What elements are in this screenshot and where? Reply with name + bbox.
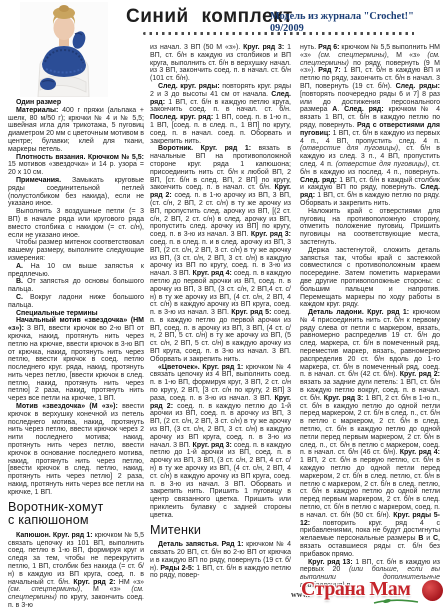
paragraph: из начал. 3 ВП (50 М «з»). Круг. ряд 3: … xyxy=(150,44,291,83)
paragraph: А. На 10 см выше запястья к предплечью. xyxy=(8,263,144,279)
paragraph: Начальный мотив «звездочка» (НМ «з»): 3 … xyxy=(8,317,144,403)
text-column-middle: из начал. 3 ВП (50 М «з»). Круг. ряд 3: … xyxy=(150,44,291,590)
paragraph: С. Вокруг ладони ниже большого пальца. xyxy=(8,294,144,310)
paragraph: Примечания. Замыкать круговые ряды соеди… xyxy=(8,177,144,208)
section-heading: Воротник-хомут с капюшоном xyxy=(8,501,144,528)
paragraph: Капюшон. Круг. ряд 1: крючком № 5,5 связ… xyxy=(8,532,144,610)
watermark-berry-icon xyxy=(422,580,443,601)
text-column-right: нуть. Ряд 6: крючком № 5,5 выполнить НМ … xyxy=(300,44,440,590)
paragraph: Деталь запястья. Ряд 1: крючком № 4 связ… xyxy=(150,541,291,580)
section-heading: Митенки xyxy=(150,524,291,538)
paragraph: Один размер xyxy=(8,99,144,107)
magazine-page-scan: Синий комплект Модель из журнала "Croche… xyxy=(0,0,447,610)
paragraph: Чтобы размер митенок соответствовал ваше… xyxy=(8,239,144,262)
paragraph: Деталь ладони. Круг. ряд 1: крючком № 4 … xyxy=(300,309,440,559)
paragraph: Материалы: 400 г пряжи (альпака + шелк, … xyxy=(8,107,144,154)
paragraph: Держа застегнутой, сложить деталь запяст… xyxy=(300,247,440,309)
paragraph: нуть. Ряд 6: крючком № 5,5 выполнить НМ … xyxy=(300,44,440,208)
paragraph: Воротник. Круг. ряд 1: вязать в начальны… xyxy=(150,145,291,363)
photo-woman-figure xyxy=(20,2,108,97)
paragraph: Выполнить 3 воздушные петли (= 3 ВП) в н… xyxy=(8,208,144,239)
watermark-leaf-icon xyxy=(373,597,419,605)
paragraph: Плотность вязания. Крючком № 5,5: 15 мот… xyxy=(8,154,144,177)
text-column-left: Один размерМатериалы: 400 г пряжи (альпа… xyxy=(8,99,144,591)
magazine-photo xyxy=(20,2,108,97)
paragraph: Мотив «звездочка» (М «з»): ввести крючок… xyxy=(8,403,144,497)
watermark: www. Страна Мам xyxy=(285,577,445,607)
paragraph: Наложить край с отверстиями для пуговиц … xyxy=(300,208,440,247)
dotted-separator xyxy=(143,32,417,35)
paragraph: В. От запястья до основы большого пальца… xyxy=(8,278,144,294)
page-title: Синий комплект xyxy=(126,6,293,28)
paragraph: След. круг. ряды: повторять круг. ряды 2… xyxy=(150,83,291,145)
paragraph: «Цветочек». Круг. ряд 1: крючком № 4 свя… xyxy=(150,364,291,520)
